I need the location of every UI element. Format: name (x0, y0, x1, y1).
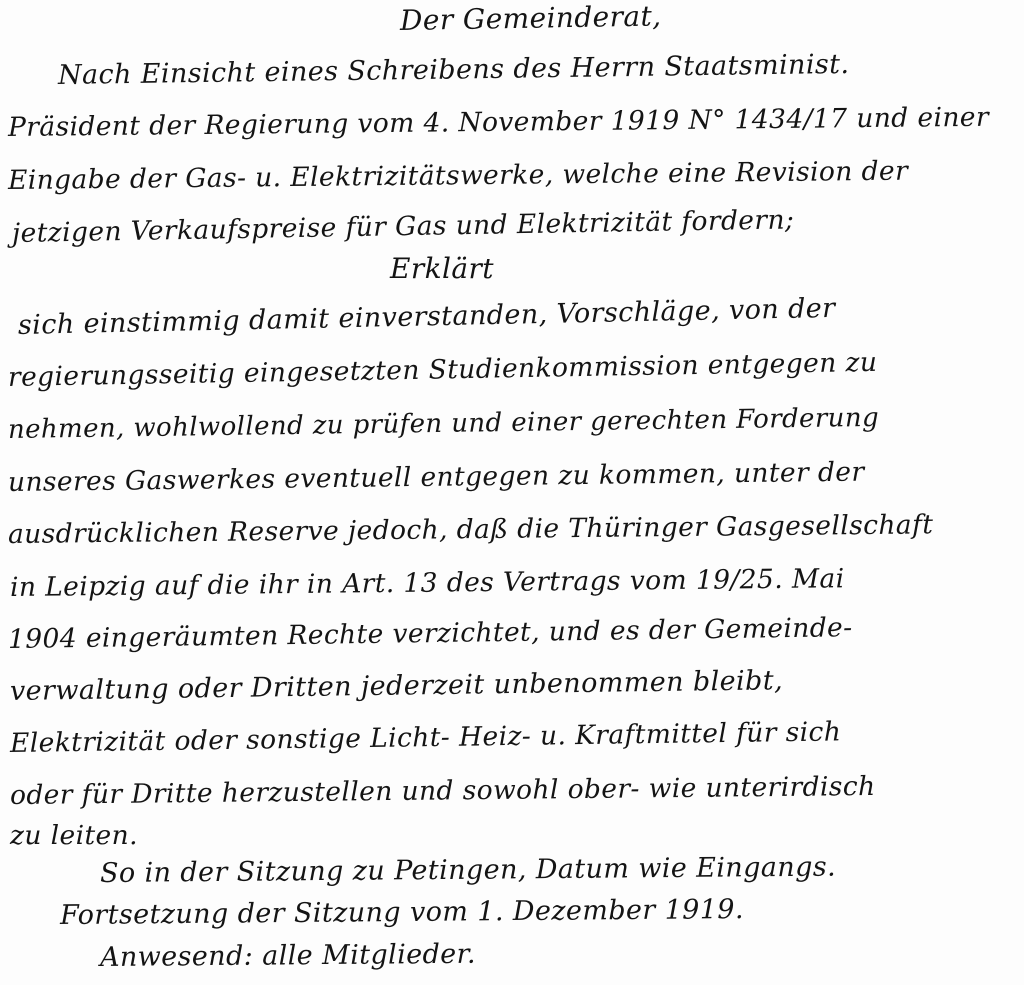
text-line: ausdrücklichen Reserve jedoch, daß die T… (8, 509, 934, 550)
text-line: oder für Dritte herzustellen und sowohl … (10, 771, 876, 811)
attendance-line: Anwesend: alle Mitglieder. (100, 939, 476, 973)
text-line: Eingabe der Gas- u. Elektrizitätswerke, … (8, 156, 908, 196)
continuation-line: Fortsetzung der Sitzung vom 1. Dezember … (60, 894, 744, 931)
text-line: regierungsseitig eingesetzten Studienkom… (8, 347, 878, 393)
section-heading-erklaert: Erklärt (390, 252, 494, 285)
text-line: zu leiten. (10, 820, 138, 851)
text-line: jetzigen Verkaufspreise für Gas und Elek… (12, 204, 795, 249)
handwritten-document-page: Der Gemeinderat, Nach Einsicht eines Sch… (0, 0, 1024, 985)
text-line: 1904 eingeräumten Rechte verzichtet, und… (8, 612, 853, 655)
text-line: Präsident der Regierung vom 4. November … (8, 102, 989, 143)
text-line: verwaltung oder Dritten jederzeit unbeno… (10, 665, 783, 707)
text-line: sich einstimmig damit einverstanden, Vor… (18, 293, 836, 341)
text-line: Elektrizität oder sonstige Licht- Heiz- … (10, 716, 842, 759)
text-line: unseres Gaswerkes eventuell entgegen zu … (8, 457, 865, 498)
document-heading: Der Gemeinderat, (400, 0, 662, 37)
text-line: in Leipzig auf die ihr in Art. 13 des Ve… (10, 563, 845, 603)
text-line: Nach Einsicht eines Schreibens des Herrn… (58, 49, 850, 91)
closing-line: So in der Sitzung zu Petingen, Datum wie… (100, 852, 836, 889)
text-line: nehmen, wohlwollend zu prüfen und einer … (8, 403, 879, 445)
